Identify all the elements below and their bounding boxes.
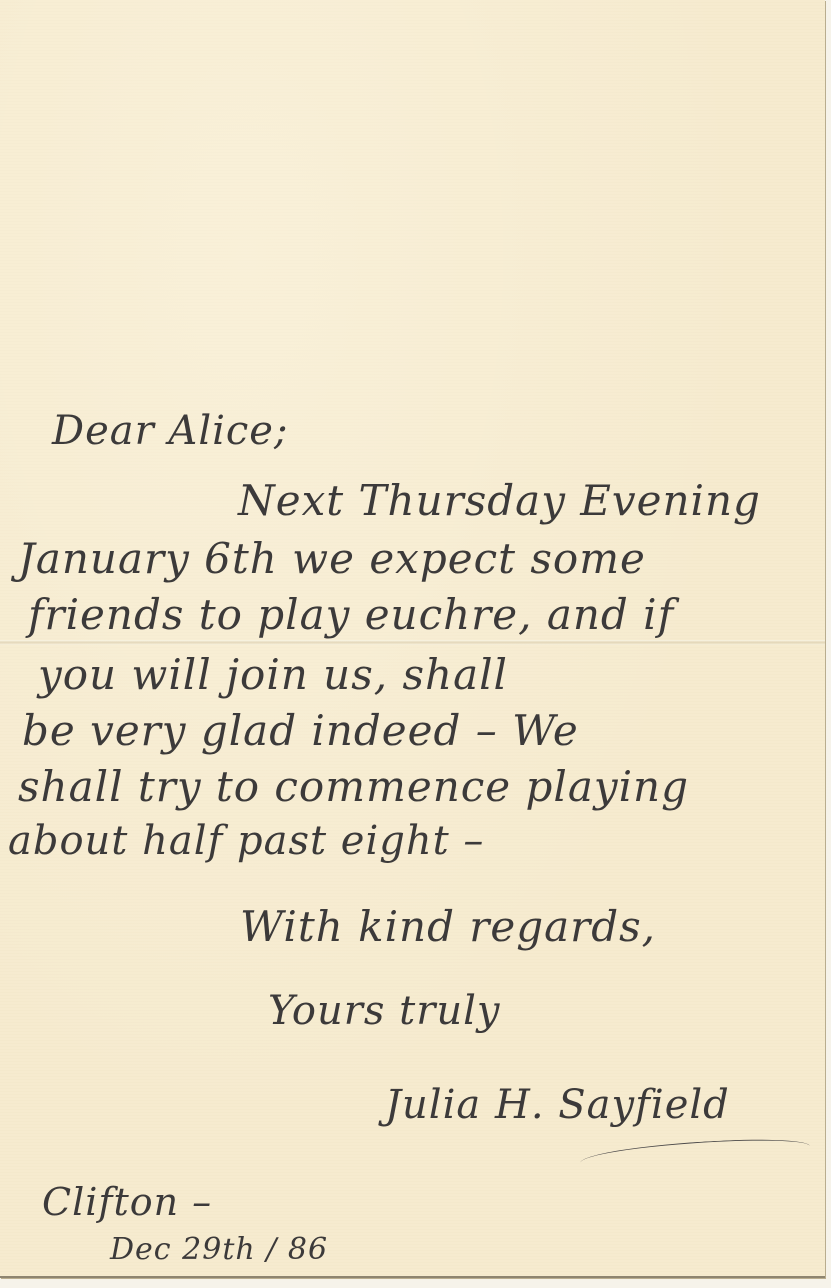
- body-line: friends to play euchre, and if: [28, 590, 674, 639]
- signature-flourish: [580, 1136, 811, 1173]
- paper-bottom-edge: [0, 1276, 825, 1278]
- paper-fold-crease: [0, 640, 825, 645]
- salutation: Dear Alice;: [52, 408, 288, 454]
- letter-date: Dec 29th / 86: [110, 1232, 328, 1267]
- body-line: be very glad indeed – We: [22, 706, 579, 755]
- body-line: shall try to commence playing: [18, 762, 689, 811]
- closing-yours-truly: Yours truly: [268, 988, 500, 1034]
- body-line: Next Thursday Evening: [238, 476, 761, 525]
- place-of-writing: Clifton –: [42, 1180, 212, 1224]
- closing-regards: With kind regards,: [240, 902, 656, 951]
- body-line: you will join us, shall: [38, 650, 508, 699]
- letter-page: Dear Alice; Next Thursday Evening Januar…: [0, 0, 825, 1278]
- signature: Julia H. Sayfield: [385, 1082, 730, 1128]
- body-line: January 6th we expect some: [18, 534, 646, 583]
- body-line: about half past eight –: [8, 818, 484, 864]
